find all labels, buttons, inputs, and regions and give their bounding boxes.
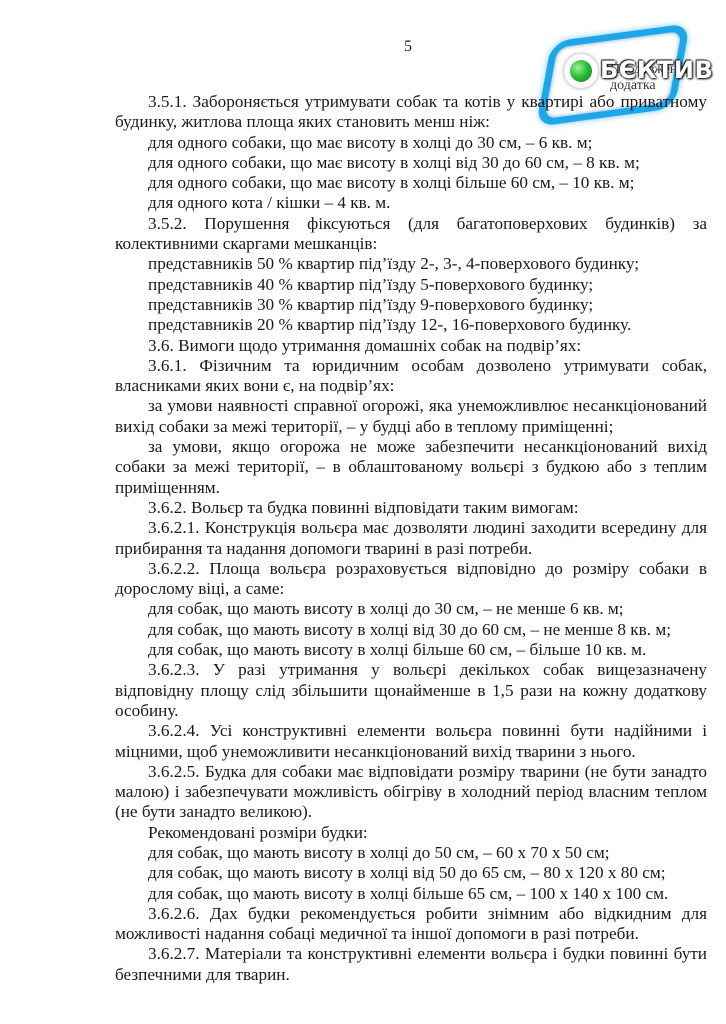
- list-item: для одного кота / кішки – 4 кв. м.: [115, 193, 707, 213]
- list-item: для собак, що мають висоту в холці більш…: [115, 884, 707, 904]
- list-item: для одного собаки, що має висоту в холці…: [115, 153, 707, 173]
- paragraph-3-6-2-4: 3.6.2.4. Усі конструктивні елементи воль…: [115, 721, 707, 762]
- recommended-sizes-heading: Рекомендовані розміри будки:: [115, 823, 707, 843]
- paragraph-3-6-2-3: 3.6.2.3. У разі утримання у вольєрі декі…: [115, 660, 707, 721]
- paragraph-3-6-2-2: 3.6.2.2. Площа вольєра розраховується ві…: [115, 559, 707, 600]
- logo-text: БЄКТИВ: [600, 56, 713, 84]
- list-item: представників 20 % квартир під’їзду 12-,…: [115, 315, 707, 335]
- list-item: за умови наявності справної огорожі, яка…: [115, 396, 707, 437]
- paragraph-3-6-2: 3.6.2. Вольєр та будка повинні відповіда…: [115, 498, 707, 518]
- list-item: для одного собаки, що має висоту в холці…: [115, 173, 707, 193]
- list-item: для собак, що мають висоту в холці від 5…: [115, 863, 707, 883]
- paragraph-3-5-2: 3.5.2. Порушення фіксуються (для багатоп…: [115, 214, 707, 255]
- document-body: 3.5.1. Забороняється утримувати собак та…: [115, 92, 707, 985]
- paragraph-3-6-2-7: 3.6.2.7. Матеріали та конструктивні елем…: [115, 944, 707, 985]
- list-item: для собак, що мають висоту в холці до 30…: [115, 599, 707, 619]
- list-item: представників 30 % квартир під’їзду 9-по…: [115, 295, 707, 315]
- paragraph-3-6-2-6: 3.6.2.6. Дах будки рекомендується робити…: [115, 904, 707, 945]
- list-item: за умови, якщо огорожа не може забезпечи…: [115, 437, 707, 498]
- list-item: для одного собаки, що має висоту в холці…: [115, 133, 707, 153]
- paragraph-3-6-2-1: 3.6.2.1. Конструкція вольєра має дозволя…: [115, 518, 707, 559]
- paragraph-3-6-2-5: 3.6.2.5. Будка для собаки має відповідат…: [115, 762, 707, 823]
- list-item: представників 40 % квартир під’їзду 5-по…: [115, 275, 707, 295]
- paragraph-3-5-1: 3.5.1. Забороняється утримувати собак та…: [115, 92, 707, 133]
- list-item: для собак, що мають висоту в холці від 3…: [115, 620, 707, 640]
- logo-ball-icon: [564, 54, 598, 88]
- section-heading-3-6: 3.6. Вимоги щодо утримання домашніх соба…: [115, 336, 707, 356]
- paragraph-3-6-1: 3.6.1. Фізичним та юридичним особам дозв…: [115, 356, 707, 397]
- list-item: для собак, що мають висоту в холці до 50…: [115, 843, 707, 863]
- list-item: для собак, що мають висоту в холці більш…: [115, 640, 707, 660]
- list-item: представників 50 % квартир під’їзду 2-, …: [115, 254, 707, 274]
